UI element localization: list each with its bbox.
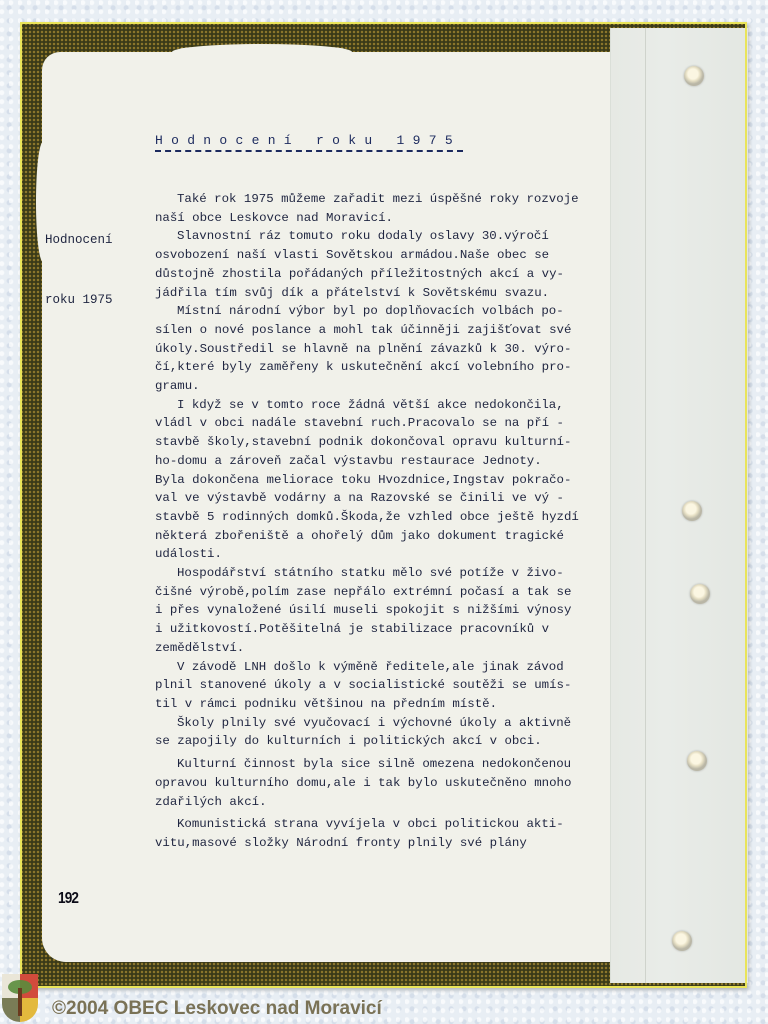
text-line: Byla dokončena meliorace toku Hvozdnice,… — [155, 471, 615, 490]
text-line: čišné výrobě,polím zase nepřálo extrémní… — [155, 583, 615, 602]
punch-hole-icon — [684, 66, 704, 86]
text-line: stavbě školy,stavební podnik dokončoval … — [155, 433, 615, 452]
text-line: důstojně zhostila pořádaných příležitost… — [155, 265, 615, 284]
punch-hole-icon — [687, 751, 707, 771]
text-line: naší obce Leskovce nad Moravicí. — [155, 209, 615, 228]
paper-fold-line — [645, 28, 646, 983]
text-line: zdařilých akcí. — [155, 793, 615, 812]
paragraph: V závodě LNH došlo k výměně ředitele,ale… — [155, 658, 615, 714]
margin-note-line: roku 1975 — [45, 290, 113, 310]
text-line: události. — [155, 545, 615, 564]
paragraph: Komunistická strana vyvíjela v obci poli… — [155, 815, 615, 852]
text-line: jádřila tím svůj dík a přátelství k Sově… — [155, 284, 615, 303]
text-line: osvobození naší vlasti Sovětskou armádou… — [155, 246, 615, 265]
text-line: plnil stanovené úkoly a v socialistické … — [155, 676, 615, 695]
paragraph: Také rok 1975 můžeme zařadit mezi úspěšn… — [155, 190, 615, 227]
text-line: gramu. — [155, 377, 615, 396]
text-line: Také rok 1975 můžeme zařadit mezi úspěšn… — [155, 190, 615, 209]
text-line: i přes vynaložené úsilí museli spokojit … — [155, 601, 615, 620]
margin-note: Hodnocení roku 1975 — [45, 190, 113, 330]
text-line: i užitkovostí.Potěšitelná je stabilizace… — [155, 620, 615, 639]
paragraph: Místní národní výbor byl po doplňovacích… — [155, 302, 615, 396]
text-line: Komunistická strana vyvíjela v obci poli… — [155, 815, 615, 834]
text-line: sílen o nové poslance a mohl tak účinněj… — [155, 321, 615, 340]
paragraph: Slavnostní ráz tomuto roku dodaly oslavy… — [155, 227, 615, 302]
copyright-text: ©2004 OBEC Leskovec nad Moravicí — [52, 998, 382, 1020]
text-line: Školy plnily své vyučovací i výchovné úk… — [155, 714, 615, 733]
text-line: vládl v obci nadále stavební ruch.Pracov… — [155, 414, 615, 433]
text-line: ho-domu a zároveň začal výstavbu restaur… — [155, 452, 615, 471]
punch-hole-icon — [682, 501, 702, 521]
margin-note-line: Hodnocení — [45, 230, 113, 250]
text-line: opravou kulturního domu,ale i tak bylo u… — [155, 774, 615, 793]
text-line: val ve výstavbě vodárny a na Razovské se… — [155, 489, 615, 508]
text-line: I když se v tomto roce žádná větší akce … — [155, 396, 615, 415]
text-line: úkoly.Soustředil se hlavně na plnění záv… — [155, 340, 615, 359]
paper-binding-strip — [610, 28, 748, 983]
text-line: vitu,masové složky Národní fronty plnily… — [155, 834, 615, 853]
text-line: Kulturní činnost byla sice silně omezena… — [155, 755, 615, 774]
text-line: V závodě LNH došlo k výměně ředitele,ale… — [155, 658, 615, 677]
paragraph: Hospodářství státního statku mělo své po… — [155, 564, 615, 658]
paragraph: Školy plnily své vyučovací i výchovné úk… — [155, 714, 615, 751]
text-line: Místní národní výbor byl po doplňovacích… — [155, 302, 615, 321]
document-body: Také rok 1975 můžeme zařadit mezi úspěšn… — [155, 190, 615, 857]
title-underline — [155, 150, 463, 152]
paragraph: Kulturní činnost byla sice silně omezena… — [155, 755, 615, 811]
footer-watermark: ©2004 OBEC Leskovec nad Moravicí — [0, 972, 768, 1024]
coat-of-arms-icon — [2, 974, 38, 1022]
text-line: Slavnostní ráz tomuto roku dodaly oslavy… — [155, 227, 615, 246]
text-line: stavbě 5 rodinných domků.Škoda,že vzhled… — [155, 508, 615, 527]
page-title: Hodnocení roku 1975 — [155, 133, 461, 148]
text-line: se zapojily do kulturních i politických … — [155, 732, 615, 751]
text-line: některá zbořeniště a ohořelý dům jako do… — [155, 527, 615, 546]
text-line: čí,které byly zaměřeny k uskutečnění akc… — [155, 358, 615, 377]
text-line: til v rámci podniku většinou na předním … — [155, 695, 615, 714]
page-number: 192 — [58, 890, 78, 908]
punch-hole-icon — [690, 584, 710, 604]
punch-hole-icon — [672, 931, 692, 951]
paragraph: I když se v tomto roce žádná větší akce … — [155, 396, 615, 564]
text-line: zemědělství. — [155, 639, 615, 658]
text-line: Hospodářství státního statku mělo své po… — [155, 564, 615, 583]
